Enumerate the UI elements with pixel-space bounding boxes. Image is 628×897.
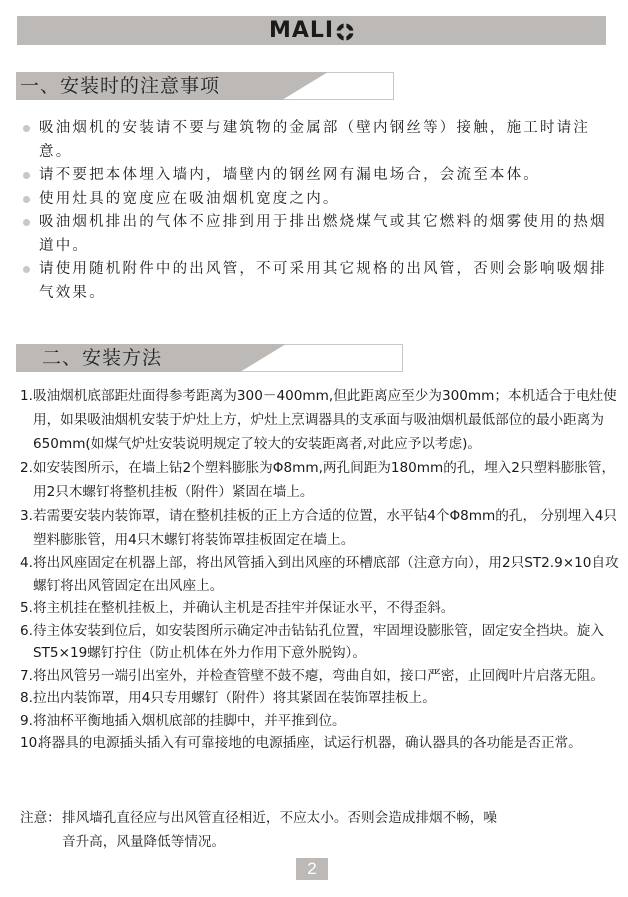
step-item: 6. 待主体安装到位后，如安装图所示确定冲击钻钻孔位置，牢固埋设膨胀管，固定安全… [20,620,625,665]
step-item: 2. 如安装图所示，在墙上钻2个塑料膨胀为Φ8mm,两孔间距为180mm的孔，埋… [20,456,625,504]
section-2-header: 二、安装方法 [16,344,403,372]
step-item: 9. 将油杯平衡地插入烟机底部的挂脚中，并平推到位。 [20,710,625,733]
crosshair-ring-o-icon [336,22,354,40]
step-item: 3. 若需要安装内装饰罩，请在整机挂板的正上方合适的位置，水平钻4个Φ8mm的孔… [20,504,625,552]
step-item: 1. 吸油烟机底部距灶面得参考距离为300－400mm,但此距离应至少为300m… [20,384,625,456]
installation-steps-list: 1. 吸油烟机底部距灶面得参考距离为300－400mm,但此距离应至少为300m… [20,384,625,755]
section-1-header: 一、安装时的注意事项 [16,72,394,100]
list-item: 请使用随机附件中的出风管，不可采用其它规格的出风管，否则会影响吸烟排气效果。 [20,258,620,305]
section-1-title: 一、安装时的注意事项 [20,72,220,100]
installation-note: 注意： 排风墙孔直径应与出风管直径相近，不应太小。否则会造成排烟不畅，噪 音升高… [20,806,580,854]
note-label: 注意： [20,806,61,830]
bullet-dot-icon [23,266,30,273]
list-item: 吸油烟机排出的气体不应排到用于排出燃烧煤气或其它燃料的烟雾使用的热烟道中。 [20,211,620,258]
note-text-line-1: 排风墙孔直径应与出风管直径相近，不应太小。否则会造成排烟不畅，噪 [20,806,580,830]
step-item: 7. 将出风管另一端引出室外，并检查管壁不鼓不瘪，弯曲自如，接口严密，止回阀叶片… [20,665,625,688]
list-item: 吸油烟机的安装请不要与建筑物的金属部（壁内钢丝等）接触，施工时请注意。 [20,117,620,164]
section-2-title: 二、安装方法 [42,344,162,372]
step-item: 10. 将器具的电源插头插入有可靠接地的电源插座，试运行机器，确认器具的各功能是… [20,732,625,755]
list-item: 请不要把本体埋入墙内，墙壁内的钢丝网有漏电场合，会流至本体。 [20,164,620,188]
brand-header-bar: MALI [17,16,606,45]
brand-text: MALI [269,18,334,43]
bullet-dot-icon [23,196,30,203]
page-number: 2 [296,858,328,880]
list-item: 使用灶具的宽度应在吸油烟机宽度之内。 [20,188,620,212]
precautions-list: 吸油烟机的安装请不要与建筑物的金属部（壁内钢丝等）接触，施工时请注意。 请不要把… [20,117,620,305]
step-item: 4. 将出风座固定在机器上部，将出风管插入到出风座的环槽底部（注意方向），用2只… [20,552,625,597]
bullet-dot-icon [23,219,30,226]
note-text-line-2: 音升高，风量降低等情况。 [20,830,580,854]
bullet-dot-icon [23,125,30,132]
brand-logo: MALI [269,18,354,43]
step-item: 5. 将主机挂在整机挂板上，并确认主机是否挂牢并保证水平，不得歪斜。 [20,597,625,620]
step-item: 8. 拉出内装饰罩，用4只专用螺钉（附件）将其紧固在装饰罩挂板上。 [20,687,625,710]
bullet-dot-icon [23,172,30,179]
